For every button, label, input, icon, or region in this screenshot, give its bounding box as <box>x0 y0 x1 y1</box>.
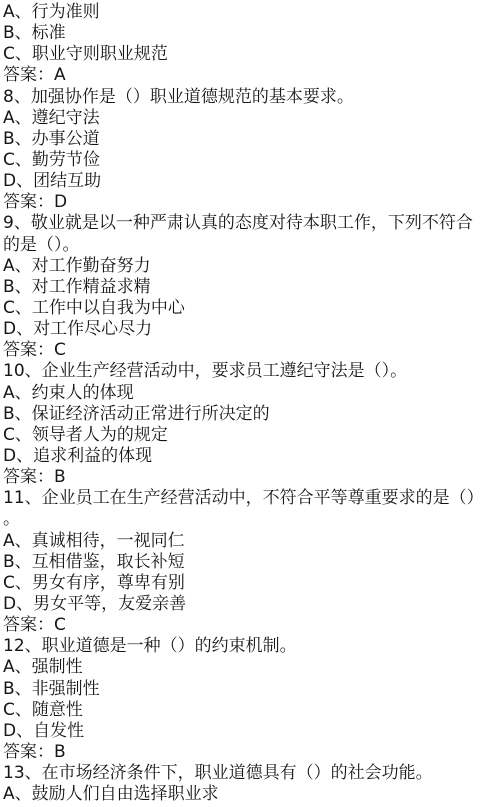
question-line: 10、企业生产经营活动中，要求员工遵纪守法是（）。 <box>3 361 486 382</box>
option-line: A、对工作勤奋努力 <box>3 256 486 277</box>
option-line: C、职业守则职业规范 <box>3 44 486 65</box>
answer-line: 答案：B <box>3 742 486 763</box>
quiz-document: A、行为准则B、标准C、职业守则职业规范答案：A8、加强协作是（）职业道德规范的… <box>0 0 486 805</box>
option-line: B、非强制性 <box>3 679 486 700</box>
answer-line: 答案：C <box>3 615 486 636</box>
question-line: 9、敬业就是以一种严肃认真的态度对待本职工作，下列不符合 <box>3 213 486 234</box>
answer-line: 答案：A <box>3 65 486 86</box>
option-line: D、追求利益的体现 <box>3 446 486 467</box>
option-line: B、对工作精益求精 <box>3 277 486 298</box>
option-line: B、办事公道 <box>3 129 486 150</box>
option-line: A、鼓励人们自由选择职业求 <box>3 784 486 805</box>
option-line: D、团结互助 <box>3 171 486 192</box>
option-line: B、标准 <box>3 23 486 44</box>
option-line: B、互相借鉴，取长补短 <box>3 552 486 573</box>
option-line: C、男女有序，尊卑有别 <box>3 573 486 594</box>
option-line: C、随意性 <box>3 700 486 721</box>
option-line: D、对工作尽心尽力 <box>3 319 486 340</box>
option-line: C、勤劳节俭 <box>3 150 486 171</box>
question-line: 13、在市场经济条件下，职业道德具有（）的社会功能。 <box>3 763 486 784</box>
answer-line: 答案：D <box>3 192 486 213</box>
option-line: A、遵纪守法 <box>3 108 486 129</box>
question-line: 8、加强协作是（）职业道德规范的基本要求。 <box>3 87 486 108</box>
option-line: A、行为准则 <box>3 2 486 23</box>
answer-line: 答案：C <box>3 340 486 361</box>
option-line: C、领导者人为的规定 <box>3 425 486 446</box>
question-cont-line: 。 <box>3 509 486 530</box>
option-line: A、真诚相待，一视同仁 <box>3 531 486 552</box>
option-line: A、约束人的体现 <box>3 383 486 404</box>
question-cont-line: 的是（）。 <box>3 235 486 256</box>
answer-line: 答案：B <box>3 467 486 488</box>
question-line: 12、职业道德是一种（）的约束机制。 <box>3 636 486 657</box>
option-line: A、强制性 <box>3 657 486 678</box>
option-line: B、保证经济活动正常进行所决定的 <box>3 404 486 425</box>
option-line: D、男女平等，友爱亲善 <box>3 594 486 615</box>
option-line: C、工作中以自我为中心 <box>3 298 486 319</box>
question-line: 11、企业员工在生产经营活动中，不符合平等尊重要求的是（） <box>3 488 486 509</box>
option-line: D、自发性 <box>3 721 486 742</box>
